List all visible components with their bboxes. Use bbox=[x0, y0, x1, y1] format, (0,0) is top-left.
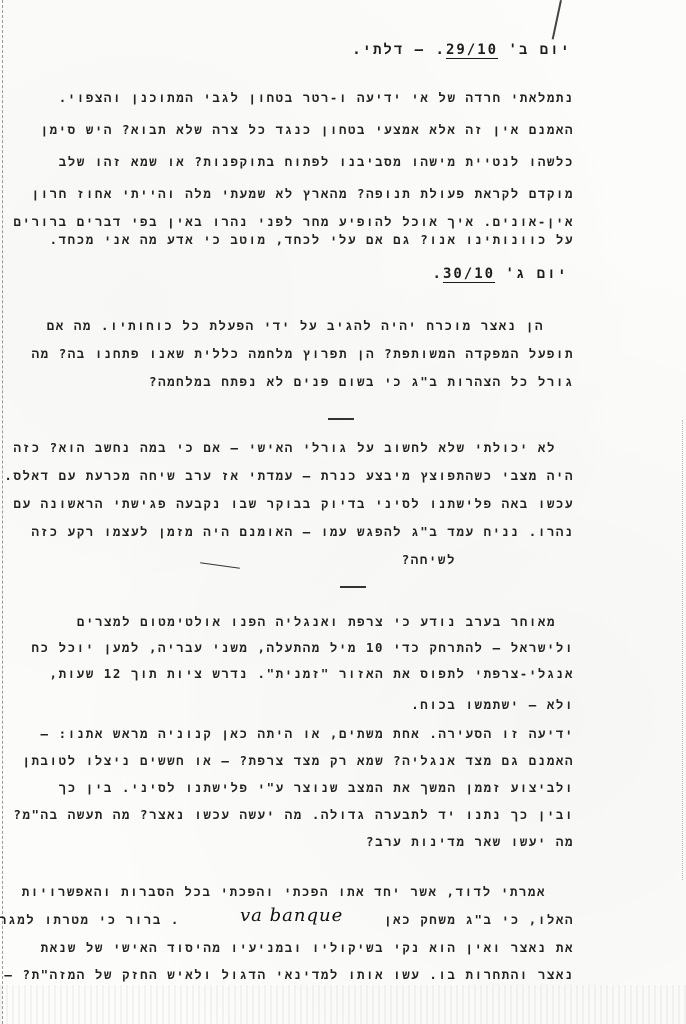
text-line: ידיעה זו הסעירה. אחת משתים, או היתה כאן … bbox=[41, 726, 574, 742]
text-line: נתמלאתי חרדה של אי ידיעה ו-רטר בטחון לגב… bbox=[59, 90, 574, 106]
text-line: מוקדם לקראת פעולת תנופה? מהארץ לא שמעתי … bbox=[32, 186, 574, 202]
text-line: האמנם גם מצד אנגליה? שמא רק מצד צרפת? – … bbox=[22, 753, 574, 769]
text-line: נהרו. נניח עמד ב"ג להפגש עמו – האומנם הי… bbox=[32, 524, 575, 540]
text-line: לשיחה? bbox=[402, 552, 456, 568]
heading-suffix: . bbox=[433, 266, 443, 282]
text-line: כלשהו לנטיית מישהו מסביבנו לפתוח בתוקפנו… bbox=[59, 154, 574, 170]
pen-mark bbox=[552, 0, 562, 40]
entry-heading-30-10: יום ג' 30/10. bbox=[433, 266, 569, 283]
text-line: ובין כך נתנו יד לתבערה גדולה. מה יעשה עכ… bbox=[13, 807, 574, 823]
text-line: מה יעשו שאר מדינות ערב? bbox=[366, 834, 574, 850]
heading-day: יום ב' bbox=[498, 42, 571, 58]
text-line: גורל כל הצהרות ב"ג כי בשום פנים לא נפתח … bbox=[149, 374, 574, 390]
text-line: האלו, כי ב"ג משחק כאן bbox=[384, 912, 574, 928]
text-line: את נאצר ואין הוא נקי בשיקוליו ובמניעיו מ… bbox=[41, 940, 574, 956]
scan-left-edge bbox=[2, 0, 3, 1024]
text-line: לא יכולתי שלא לחשוב על גורלי האישי – אם … bbox=[14, 440, 557, 456]
scan-noise bbox=[0, 985, 686, 1024]
text-line: הן נאצר מוכרח יהיה להגיב על ידי הפעלת כל… bbox=[47, 318, 544, 334]
text-line: נאצר והתחרות בו. עשו אותו למדינאי הדגול … bbox=[4, 967, 574, 983]
text-line: היה מצבי כשהתפוצץ מיבצע כנרת – עמדתי אז … bbox=[4, 468, 574, 484]
text-line: ולישראל – להתרחק כדי 10 מיל מהתעלה, משני… bbox=[31, 640, 574, 656]
text-line: אנגלי-צרפתי לתפוס את האזור "זמנית". נדרש… bbox=[50, 666, 574, 682]
heading-date: 29/10 bbox=[446, 42, 498, 58]
text-line: אמרתי לדוד, אשר יחד אתו הפכתי והפכתי בכל… bbox=[22, 884, 546, 900]
scan-right-edge bbox=[682, 420, 683, 880]
text-line: ולא – ישתמשו בכוח. bbox=[411, 697, 574, 713]
text-line: ולביצוע זממן המשך את המצב שנוצר ע"י פליש… bbox=[59, 780, 574, 796]
entry-heading-29-10: יום ב' 29/10. – דלתי. bbox=[352, 42, 571, 59]
section-separator bbox=[340, 586, 366, 588]
section-separator bbox=[328, 418, 354, 420]
scanned-document-page: יום ב' 29/10. – דלתי. נתמלאתי חרדה של אי… bbox=[0, 0, 686, 1024]
heading-suffix: . – דלתי. bbox=[352, 42, 446, 58]
text-line: אין-אונים. איך אוכל להופיע מחר לפני נהרו… bbox=[14, 214, 575, 230]
text-line: האמנם אין זה אלא אמצעי בטחון כנגד כל צרה… bbox=[41, 122, 574, 138]
text-line: מאוחר בערב נודע כי צרפת ואנגליה הפנו אול… bbox=[77, 614, 556, 630]
text-line: תופעל המפקדה המשותפת? הן תפרוץ מלחמה כלל… bbox=[32, 346, 574, 362]
heading-day: יום ג' bbox=[495, 266, 568, 282]
text-line: . ברור כי מטרתו למגר bbox=[0, 912, 180, 928]
handwritten-insert: va banque bbox=[240, 905, 343, 926]
heading-date: 30/10 bbox=[443, 266, 495, 282]
text-line: עכשו באה פלישתנו לסיני בדיוק בבוקר שבו נ… bbox=[14, 496, 574, 512]
pen-stroke bbox=[200, 562, 240, 569]
text-line: על כוונותינו אנו? גם אם עלי לכחד, מוטב כ… bbox=[50, 232, 574, 248]
